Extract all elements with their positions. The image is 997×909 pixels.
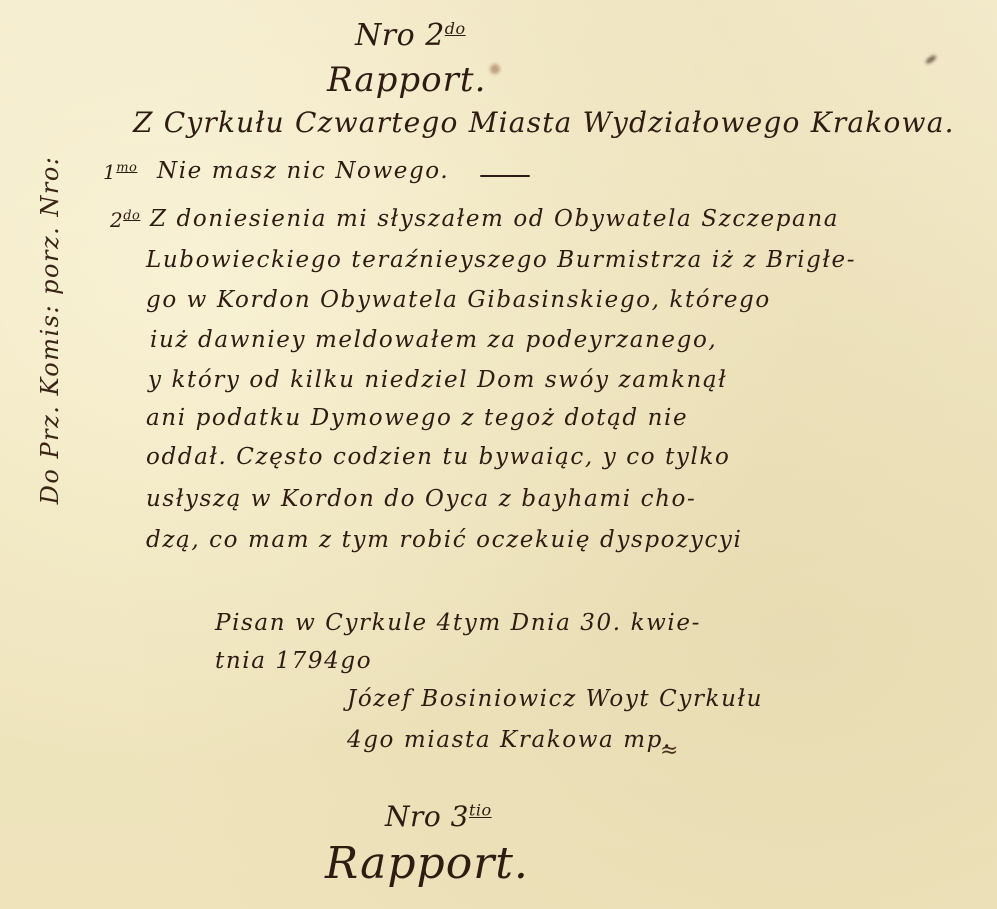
item-2-marker: 2do	[110, 208, 140, 232]
marker-suffix: do	[123, 208, 140, 223]
report-title: Rapport.	[325, 838, 529, 889]
dash-divider	[480, 175, 530, 177]
item-1-text: Nie masz nic Nowego.	[157, 158, 449, 184]
marker-number: 2	[110, 208, 123, 232]
item-2-line: usłyszą w Kordon do Oyca z bayhami cho-	[146, 486, 696, 512]
ink-stain	[490, 64, 500, 74]
item-2-line: Lubowieckiego teraźnieyszego Burmistrza …	[146, 247, 856, 273]
signature-flourish: ≈	[660, 738, 678, 763]
item-2-line: Z doniesienia mi słyszałem od Obywatela …	[150, 206, 839, 232]
report-number: Nro 2do	[355, 18, 466, 53]
signature-line: 4go miasta Krakowa mp.	[347, 727, 672, 753]
item-2-line: dzą, co mam z tym robić oczekuię dyspozy…	[146, 527, 742, 553]
number-suffix: do	[445, 19, 466, 38]
item-2-line: y który od kilku niedziel Dom swóy zamkn…	[148, 367, 727, 393]
item-2-line: iuż dawniey meldowałem za podeyrzanego,	[150, 327, 717, 353]
margin-note-text: Do Prz. Komis: porz. Nro:	[36, 156, 64, 505]
report-number: Nro 3tio	[385, 800, 492, 833]
report-heading: Z Cyrkułu Czwartego Miasta Wydziałowego …	[133, 106, 955, 139]
signature-line: Józef Bosiniowicz Woyt Cyrkułu	[347, 686, 763, 712]
marker-suffix: mo	[116, 160, 137, 175]
report-title: Rapport.	[327, 60, 486, 100]
number-prefix: Nro	[385, 800, 441, 833]
margin-note: Do Prz. Komis: porz. Nro:	[36, 156, 64, 505]
closing-line: tnia 1794go	[215, 648, 372, 674]
number-prefix: Nro	[355, 18, 415, 53]
item-2-line: oddał. Często codzien tu bywaiąc, y co t…	[146, 444, 730, 470]
item-2-line: go w Kordon Obywatela Gibasinskiego, któ…	[146, 287, 771, 313]
item-2-line: ani podatku Dymowego z tegoż dotąd nie	[146, 405, 688, 431]
item-1-marker: 1mo	[103, 160, 137, 184]
closing-line: Pisan w Cyrkule 4tym Dnia 30. kwie-	[215, 610, 701, 636]
marker-number: 1	[103, 160, 116, 184]
number-value: 2	[425, 18, 445, 53]
number-suffix: tio	[469, 801, 492, 820]
number-value: 3	[451, 800, 469, 833]
